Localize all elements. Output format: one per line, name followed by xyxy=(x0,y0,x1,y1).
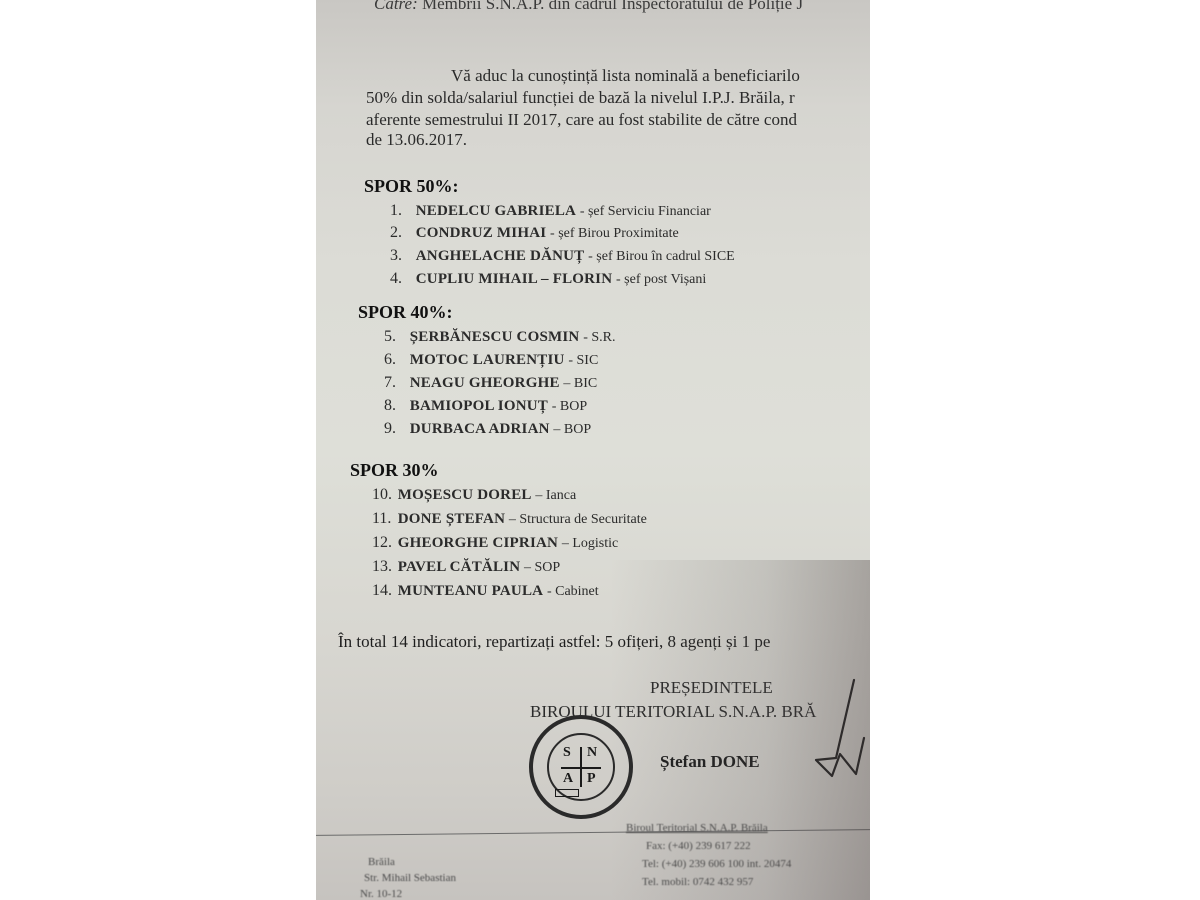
footer-fax: Fax: (+40) 239 617 222 xyxy=(646,840,751,852)
item-role: – Ianca xyxy=(535,488,576,503)
item-role: - SIC xyxy=(568,353,598,368)
list-item: 2. CONDRUZ MIHAI - șef Birou Proximitate xyxy=(390,224,679,242)
item-role: - BOP xyxy=(552,399,587,414)
item-number: 10. xyxy=(372,486,394,504)
item-number: 5. xyxy=(384,328,406,346)
item-name: DURBACA ADRIAN xyxy=(410,421,550,437)
total-summary: În total 14 indicatori, repartizați astf… xyxy=(338,632,770,652)
list-item: 12. GHEORGHE CIPRIAN – Logistic xyxy=(372,534,618,552)
addressee-line: Către: Membrii S.N.A.P. din cadrul Inspe… xyxy=(374,0,803,14)
list-item: 5. ȘERBĂNESCU COSMIN - S.R. xyxy=(384,328,615,346)
intro-line-2: 50% din solda/salariul funcției de bază … xyxy=(366,88,795,108)
snap-seal-stamp: S N A P xyxy=(529,715,633,819)
handwritten-signature-icon xyxy=(796,678,870,808)
item-number: 3. xyxy=(390,247,412,265)
item-name: GHEORGHE CIPRIAN xyxy=(398,535,558,551)
footer-divider xyxy=(316,829,870,836)
item-number: 6. xyxy=(384,351,406,369)
footer-number: Nr. 10-12 xyxy=(360,888,402,900)
signatory-title: PREȘEDINTELE xyxy=(650,678,773,698)
list-item: 7. NEAGU GHEORGHE – BIC xyxy=(384,374,597,392)
document-photo: Către: Membrii S.N.A.P. din cadrul Inspe… xyxy=(316,0,870,900)
item-number: 9. xyxy=(384,420,406,438)
intro-line-3: aferente semestrului II 2017, care au fo… xyxy=(366,110,797,130)
item-number: 1. xyxy=(390,202,412,220)
item-name: ȘERBĂNESCU COSMIN xyxy=(410,329,580,345)
list-item: 9. DURBACA ADRIAN – BOP xyxy=(384,420,591,438)
item-name: NEDELCU GABRIELA xyxy=(416,203,576,219)
footer-office: Biroul Teritorial S.N.A.P. Brăila xyxy=(626,822,768,834)
section-title-spor-40: SPOR 40%: xyxy=(358,302,453,323)
footer-phone: Tel: (+40) 239 606 100 int. 20474 xyxy=(642,858,791,870)
item-role: - S.R. xyxy=(583,330,615,345)
addressee-label: Către: xyxy=(374,0,418,13)
item-role: – BIC xyxy=(563,376,597,391)
item-number: 4. xyxy=(390,270,412,288)
item-role: - Cabinet xyxy=(547,584,599,599)
list-item: 14. MUNTEANU PAULA - Cabinet xyxy=(372,582,599,600)
list-item: 13. PAVEL CĂTĂLIN – SOP xyxy=(372,558,560,576)
seal-band xyxy=(555,789,579,797)
seal-letter: A xyxy=(563,771,573,787)
item-role: - șef post Vișani xyxy=(616,272,706,287)
list-item: 10. MOȘESCU DOREL – Ianca xyxy=(372,486,576,504)
list-item: 8. BAMIOPOL IONUȚ - BOP xyxy=(384,397,587,415)
item-name: CUPLIU MIHAIL – FLORIN xyxy=(416,271,613,287)
item-role: – SOP xyxy=(524,560,560,575)
list-item: 6. MOTOC LAURENȚIU - SIC xyxy=(384,351,598,369)
seal-letter: N xyxy=(587,745,597,761)
item-number: 2. xyxy=(390,224,412,242)
list-item: 4. CUPLIU MIHAIL – FLORIN - șef post Viș… xyxy=(390,270,706,288)
item-name: DONE ȘTEFAN xyxy=(398,511,505,527)
item-number: 14. xyxy=(372,582,394,600)
item-name: NEAGU GHEORGHE xyxy=(410,375,560,391)
item-name: BAMIOPOL IONUȚ xyxy=(410,398,548,414)
item-number: 12. xyxy=(372,534,394,552)
item-name: PAVEL CĂTĂLIN xyxy=(398,559,521,575)
list-item: 3. ANGHELACHE DĂNUȚ - șef Birou în cadru… xyxy=(390,247,735,265)
item-name: MOTOC LAURENȚIU xyxy=(410,352,565,368)
item-number: 8. xyxy=(384,397,406,415)
intro-line-1: Vă aduc la cunoștință lista nominală a b… xyxy=(451,66,800,86)
item-number: 7. xyxy=(384,374,406,392)
item-number: 11. xyxy=(372,510,394,528)
item-name: MOȘESCU DOREL xyxy=(398,487,532,503)
list-item: 1. NEDELCU GABRIELA - șef Serviciu Finan… xyxy=(390,202,711,220)
compass-star-icon xyxy=(580,747,582,787)
footer-street: Str. Mihail Sebastian xyxy=(364,872,456,884)
section-title-spor-50: SPOR 50%: xyxy=(364,176,459,197)
addressee-text: Membrii S.N.A.P. din cadrul Inspectoratu… xyxy=(422,0,803,13)
item-role: – BOP xyxy=(553,422,591,437)
item-number: 13. xyxy=(372,558,394,576)
item-role: - șef Birou în cadrul SICE xyxy=(588,249,735,264)
intro-line-4: de 13.06.2017. xyxy=(366,130,467,150)
item-role: - șef Birou Proximitate xyxy=(550,226,679,241)
list-item: 11. DONE ȘTEFAN – Structura de Securitat… xyxy=(372,510,647,528)
seal-letter: P xyxy=(587,771,596,787)
item-role: – Logistic xyxy=(562,536,618,551)
seal-letter: S xyxy=(563,745,571,761)
item-role: – Structura de Securitate xyxy=(509,512,647,527)
item-name: CONDRUZ MIHAI xyxy=(416,225,547,241)
item-name: MUNTEANU PAULA xyxy=(398,583,543,599)
footer-city: Brăila xyxy=(368,856,395,868)
item-name: ANGHELACHE DĂNUȚ xyxy=(416,248,585,264)
item-role: - șef Serviciu Financiar xyxy=(580,204,711,219)
signatory-name: Ștefan DONE xyxy=(660,752,760,772)
footer-mobile: Tel. mobil: 0742 432 957 xyxy=(642,876,753,888)
section-title-spor-30: SPOR 30% xyxy=(350,460,439,481)
